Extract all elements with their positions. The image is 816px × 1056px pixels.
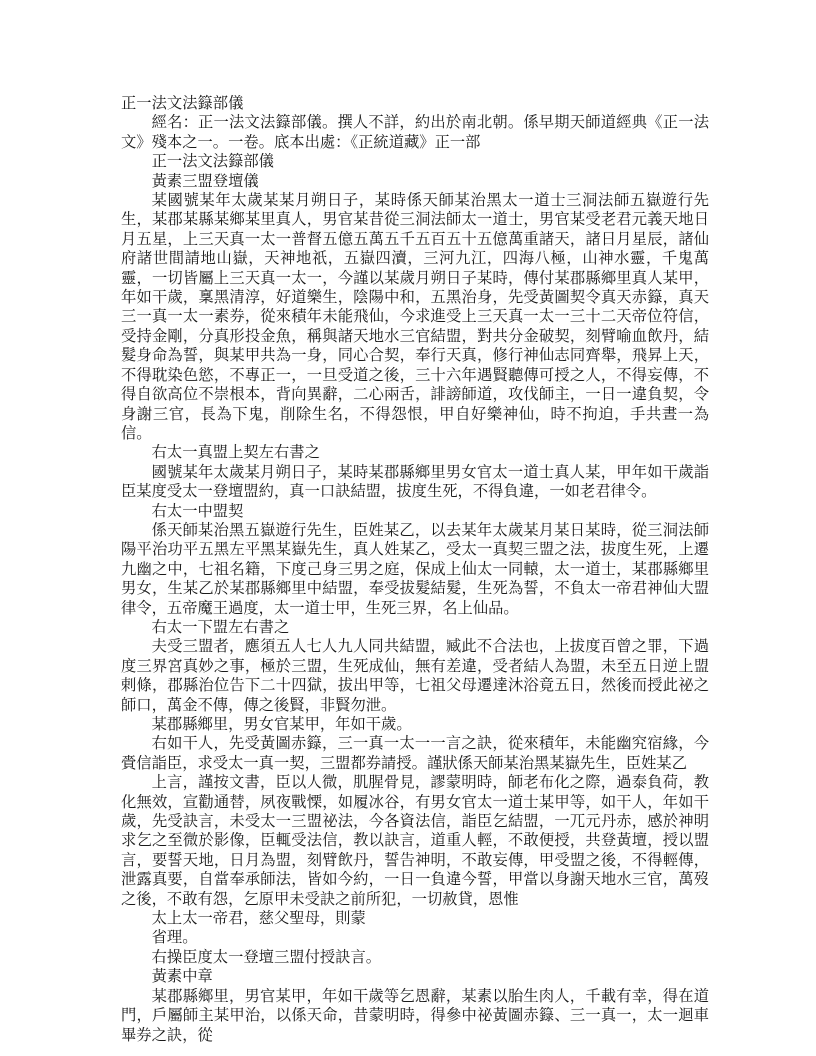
section-heading: 黃素中章 [121, 967, 709, 986]
section-heading: 右太一下盟左右書之 [121, 618, 709, 637]
body-paragraph: 國號某年太歲某月朔日子，某時某郡縣鄉里男女官太一道士真人某，甲年如干歲詣臣某度受… [121, 463, 709, 502]
section-heading: 正一法文法籙部儀 [121, 152, 709, 171]
section-heading: 右操臣度太一登壇三盟付授訣言。 [121, 948, 709, 967]
scripture-note: 經名：正一法文法籙部儀。撰人不詳，約出於南北朝。係早期天師道經典《正一法文》殘本… [121, 113, 709, 152]
body-paragraph: 夫受三盟者，應須五人七人九人同共結盟，臧此不合法也，上拔度百曾之罪，下過度三界宮… [121, 637, 709, 715]
body-paragraph: 某郡縣鄉里，男女官某甲，年如干歲。 [121, 715, 709, 734]
body-paragraph: 太上太一帝君，慈父聖母，則蒙 [121, 909, 709, 928]
body-paragraph: 某郡縣鄉里，男官某甲，年如干歲等乞恩辭，某素以胎生肉人，千載有幸，得在道門，戶屬… [121, 987, 709, 1045]
body-paragraph: 某國號某年太歲某某月朔日子，某時係天師某治黑太一道士三洞法師五嶽遊行先生，某郡某… [121, 191, 709, 443]
document-title: 正一法文法籙部儀 [121, 94, 709, 113]
section-heading: 右太一真盟上契左右書之 [121, 443, 709, 462]
body-paragraph: 係天師某治黑五嶽遊行先生，臣姓某乙，以去某年太歲某月某日某時，從三洞法師陽平治功… [121, 521, 709, 618]
body-paragraph: 上言，謹按文書，臣以人微，肌腥骨見，謬蒙明時，師老布化之際，過泰負荷，教化無效，… [121, 773, 709, 909]
body-paragraph: 右如干人，先受黃圖赤籙，三一真一太一一言之訣，從來積年，未能幽究宿緣，今賫信詣臣… [121, 734, 709, 773]
section-heading: 黃素三盟登壇儀 [121, 172, 709, 191]
section-heading: 右太一中盟契 [121, 502, 709, 521]
body-paragraph: 省理。 [121, 928, 709, 947]
document-page: 正一法文法籙部儀 經名：正一法文法籙部儀。撰人不詳，約出於南北朝。係早期天師道經… [121, 94, 709, 1045]
